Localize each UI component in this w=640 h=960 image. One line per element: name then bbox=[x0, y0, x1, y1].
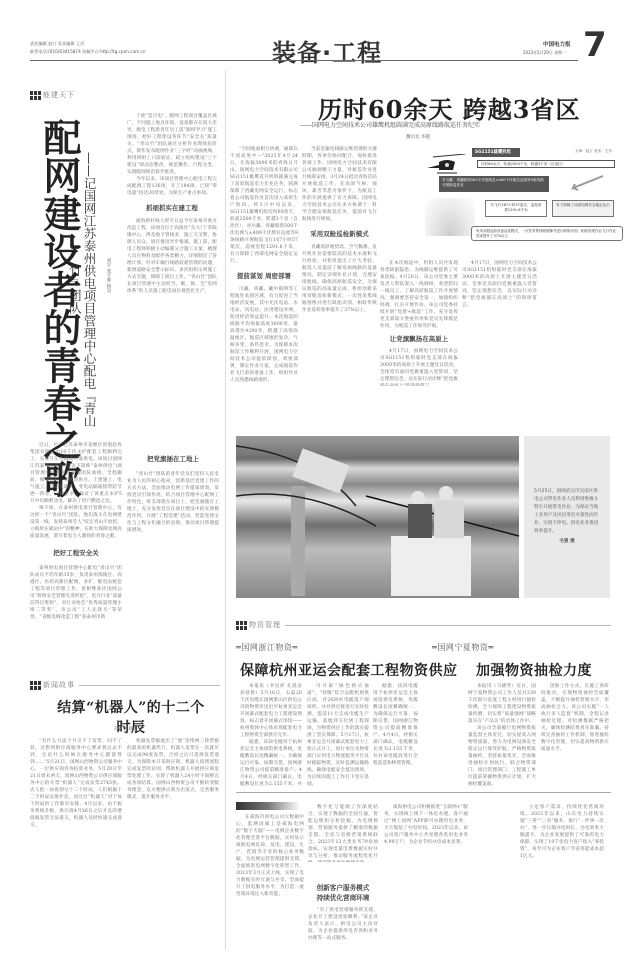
publication-date: 2023年5月29日 星期一 bbox=[523, 50, 566, 56]
main-heading-3: 让党旗飘扬在高原上 bbox=[380, 336, 458, 343]
materials-left-kicker: ═国网浙江物资═ bbox=[236, 642, 298, 653]
materials-right-col1: 本报讯（马晓琴）近日，国网宁夏物资公司工作人员对330千伏银川直流工程主材进行抽… bbox=[468, 683, 536, 788]
feature-section-tag: 能建天下 bbox=[30, 90, 220, 100]
news-section-tag: 新闻故事 bbox=[30, 680, 220, 690]
main-story-col3: 在本次航巡中，机组人员共发现各类缺陷隐患，为线路运维提供了可靠依据。4月20日，… bbox=[380, 260, 458, 386]
section-tag-label: 能建天下 bbox=[43, 90, 75, 100]
main-story-col1: “空间地面相互协调，通联在不同高度中—”2023年4月24日，在海拔3000米的… bbox=[230, 146, 298, 386]
materials-bottom-rule bbox=[236, 792, 611, 793]
infographic-box1: 共飞行167小时57架次，巡视里程1291.6千米 bbox=[485, 200, 547, 217]
customer-story-col3: 威海供电公司积极推进“互联网+”服务，实现线上线下一体化办理，客户通过“网上国网… bbox=[384, 804, 468, 944]
story-label-bar: 新闻 bbox=[236, 802, 300, 810]
customer-story-col2b: “有了供电营销服务的支撑，企业开工建设更加顺利。”某企业负责人表示，供电公司主动… bbox=[308, 907, 378, 945]
column-divider bbox=[225, 70, 226, 950]
infographic-title: SG1151雄鹰机组 bbox=[472, 148, 520, 157]
infographic-box2: 有力保障了西部电网安全稳定运行 bbox=[552, 200, 614, 217]
linemen-photo-graphic bbox=[236, 436, 519, 598]
feature-subtitle: ——记国网江苏泰州供电项目管理中心配电『青山竹』团队 bbox=[82, 144, 96, 434]
feature-col3: 十轮“造百电”。配网工程项目覆盖区域广，不同施工地点环境、设备都存在较大差异，配… bbox=[127, 113, 217, 443]
news-story-authors: 王效兰 刘庆 bbox=[30, 726, 220, 732]
materials-left-title: 保障杭州亚运会配套工程物资供应 bbox=[240, 660, 458, 680]
photo-caption-box: 5月25日，国网武汉市汉南区供电公司带电作业人员利用绝缘斗臂车开展带电作业，为保… bbox=[524, 436, 610, 598]
tag-rule bbox=[285, 625, 611, 626]
feature-heading-1: 把好工程安全关 bbox=[30, 550, 122, 557]
main-heading-2: 采用双舱巡检新模式 bbox=[302, 231, 377, 238]
infographic-stat2: 对川藏、青藏联络500千伏电网及±400千伏柴拉直流等9条线路开展航巡作业 bbox=[439, 176, 549, 192]
feature-heading-2: 抓细抓实在建工程 bbox=[127, 205, 217, 212]
news-story-col1: “有什么方法个月交不了发票，回不了款，这想到供应商服务中心要求我这去不到，无论什… bbox=[30, 738, 122, 943]
main-heading-1: 提前谋划 周密部署 bbox=[230, 273, 298, 280]
customer-story-heading: 创新客户服务模式 持续优化营商环境 bbox=[308, 883, 378, 903]
section-tag-label: 物资管理 bbox=[249, 620, 281, 630]
section-bars-icon bbox=[30, 91, 39, 100]
customer-story-col1: 在威海市供电公司大数据中心，监测屏幕上是威海电网的“数字大脑”——电网企业数字化… bbox=[236, 814, 304, 944]
news-story-col2: 机器发票据流出了“他”连续两三轮票据的最高的机器代行。机器人发票在一次就可以完成… bbox=[127, 738, 219, 943]
section-tag-label: 新闻故事 bbox=[43, 680, 75, 690]
section-bars-icon bbox=[236, 621, 245, 630]
section-title: 装备·工程 bbox=[272, 33, 382, 68]
materials-right-kicker: ═国网宁夏物资═ bbox=[432, 642, 494, 653]
customer-story-col4: 立足客户需求，持续优化营商环境。2023年以来，山东电力持续实施“三零”“三省”… bbox=[520, 804, 604, 944]
main-story-col4: 4月17日，国网电力空间技术公司SG1151机组临时党支部在海拔3000米的高原… bbox=[462, 260, 537, 386]
masthead-meta: 责任编辑 赵汀 美术编辑 王肖 联系电话:(010)63415874 投稿平台:… bbox=[30, 40, 230, 56]
paper-name: 中国电力报 bbox=[543, 40, 571, 48]
section-bars-icon bbox=[30, 681, 39, 690]
tag-rule bbox=[79, 685, 220, 686]
feature-authors: 刘宇 张宇蓉 杨昊 bbox=[105, 245, 111, 305]
editors-line: 责任编辑 赵汀 美术编辑 王肖 bbox=[30, 40, 230, 48]
photo-caption: 5月25日，国网武汉市汉南区供电公司带电作业人员利用绝缘斗臂车开展带电作业，为保… bbox=[534, 488, 600, 536]
infographic-box3: 采用双舱巡检设备巡视模式，一次性采集线路图像并进行缺陷识别，相较传统作业飞行作业… bbox=[471, 226, 623, 241]
infographic-credit: 文章：赵汀 美术：王肖 bbox=[575, 149, 612, 154]
main-story-deck: ——国网电力空间技术公司雄鹰机组圆满完成高原线路航巡任务纪实 bbox=[300, 120, 480, 129]
feature-col1: 近日，位于江苏泰州市姜堰区的旭赴投集团有限公司10千伏永护配套工程顺利完工，实现… bbox=[30, 442, 122, 642]
materials-left-col1: 本报讯（李昆祥 孔晨彦 孙曾蓉）5月16日，石磊20千伏电缆在国网萧山区供电公司… bbox=[240, 683, 302, 788]
feature-col2: 把党旗插在工地上 “青山竹”团队的青年党员们坚持人民电业为人民的初心使命，创新基… bbox=[127, 442, 219, 642]
infographic: SG1151雄鹰机组 文章：赵汀 美术：王肖 历时60余天，转战2500千米，跨… bbox=[425, 146, 635, 258]
materials-left-col2: 可开辟“绿色供应通道”，“特级”综合运配机预供应商，对20回杆电缆落户现场所，并… bbox=[307, 683, 369, 788]
customer-story-col2: 数字化与能源工作深度结合，实现了数据的全面互通，智能运维和分析挖掘，为电网规划、… bbox=[308, 804, 378, 862]
infographic-stat1: 历时60余天，转战2500千米，跨越3个省（自治区） bbox=[477, 160, 615, 168]
materials-right-title: 加强物资抽检力度 bbox=[476, 660, 592, 680]
news-photo bbox=[236, 436, 519, 598]
photo-credit: 毛强 摄 bbox=[534, 538, 600, 546]
contact-line: 联系电话:(010)63415874 投稿平台:http://tg.cpnn.c… bbox=[30, 48, 230, 56]
materials-section-tag: 物资管理 bbox=[236, 620, 611, 630]
arrow-icon bbox=[565, 174, 605, 194]
page-number: 7 bbox=[583, 28, 607, 62]
masthead-rule bbox=[30, 60, 578, 61]
feature-heading-3: 把党旗插在工地上 bbox=[127, 456, 219, 463]
mountain-graphic bbox=[425, 198, 475, 236]
main-story-col2: 当前是输电线路运维管理的关键时期，各单位协同配合，加快推进各项工作。国网电力空间… bbox=[302, 146, 377, 386]
main-story-authors: 魏司龙 李越 bbox=[406, 134, 430, 140]
materials-right-col2: 创新工作方式，在施工各阶段推动，实现物资抽检全面覆盖，不断提升抽检管理水平，形成… bbox=[541, 683, 609, 788]
materials-left-col3: 据悉，该段电缆用于杭州亚运会主体场馆供电系统，电缆敷设长度精确统一。为确保运行可… bbox=[373, 683, 418, 788]
